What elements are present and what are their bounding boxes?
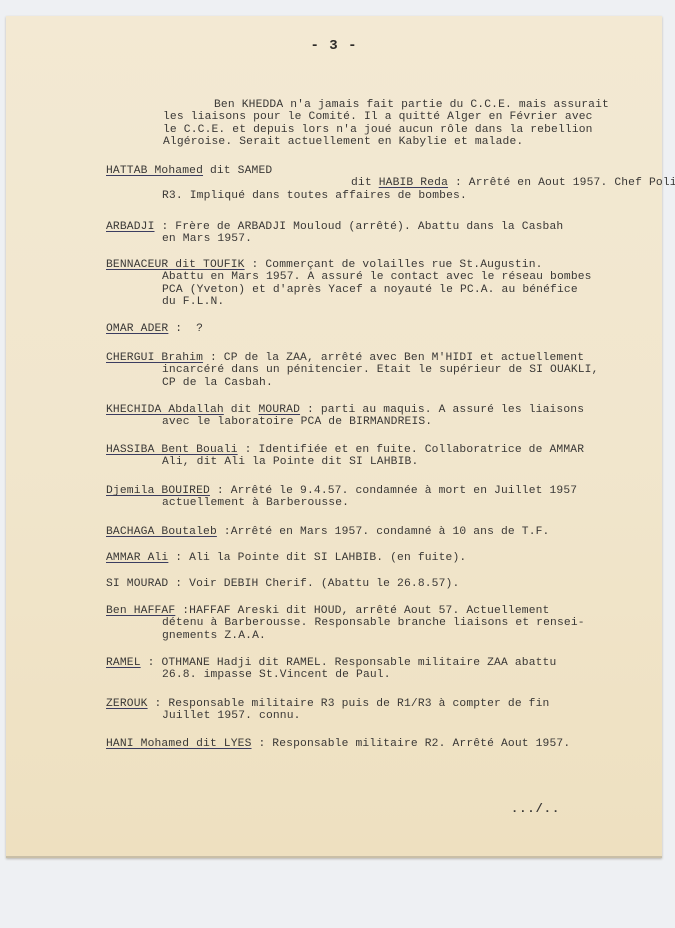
entry-zerouk: ZEROUK : Responsable militaire R3 puis d… [106, 698, 666, 723]
entry-hattab: HATTAB Mohamed dit SAMED dit HABIB Reda … [106, 165, 666, 202]
entry-name: HASSIBA Bent Bouali [106, 444, 238, 456]
entry-continuation: actuellement à Barberousse. [106, 497, 666, 509]
entry-description: : ? [168, 323, 203, 335]
entry-hani: HANI Mohamed dit LYES : Responsable mili… [106, 738, 666, 750]
intro-line: Algéroise. Serait actuellement en Kabyli… [106, 136, 666, 148]
entry-si-mourad: SI MOURAD : Voir DEBIH Cherif. (Abattu l… [106, 578, 666, 590]
entry-description: : OTHMANE Hadji dit RAMEL. Responsable m… [141, 657, 557, 669]
entry-djemila: Djemila BOUIRED : Arrêté le 9.4.57. cond… [106, 485, 666, 510]
entry-continuation: en Mars 1957. [106, 233, 666, 245]
entry-hassiba: HASSIBA Bent Bouali : Identifiée et en f… [106, 444, 666, 469]
entry-name: RAMEL [106, 657, 141, 669]
intro-line: Ben KHEDDA n'a jamais fait partie du C.C… [106, 99, 666, 111]
entry-description: : parti au maquis. A assuré les liaisons [300, 404, 584, 416]
entry-ben-haffaf: Ben HAFFAF :HAFFAF Areski dit HOUD, arrê… [106, 605, 666, 642]
entry-name: BENNACEUR dit TOUFIK [106, 259, 245, 271]
entry-description: : Frère de ARBADJI Mouloud (arrêté). Aba… [155, 221, 564, 233]
entry-name: Djemila BOUIRED [106, 485, 210, 497]
entry-description: :HAFFAF Areski dit HOUD, arrêté Aout 57.… [175, 605, 549, 617]
entry-name: OMAR ADER [106, 323, 168, 335]
entry-bennaceur: BENNACEUR dit TOUFIK : Commerçant de vol… [106, 259, 666, 309]
entry-continuation: avec le laboratoire PCA de BIRMANDREIS. [106, 416, 666, 428]
entry-continuation: R3. Impliqué dans toutes affaires de bom… [106, 190, 666, 202]
entry-bachaga: BACHAGA Boutaleb :Arrêté en Mars 1957. c… [106, 526, 666, 538]
entry-description: :Arrêté en Mars 1957. condamné à 10 ans … [217, 526, 550, 538]
entry-description: : Voir DEBIH Cherif. (Abattu le 26.8.57)… [168, 578, 459, 590]
entry-description: : Responsable militaire R3 puis de R1/R3… [148, 698, 550, 710]
entry-alias-name: HABIB Reda [379, 177, 448, 189]
entry-description: : CP de la ZAA, arrêté avec Ben M'HIDI e… [203, 352, 584, 364]
entry-ammar-ali: AMMAR Ali : Ali la Pointe dit SI LAHBIB.… [106, 552, 666, 564]
entry-omar-ader: OMAR ADER : ? [106, 323, 666, 335]
entry-name: AMMAR Ali [106, 552, 168, 564]
entry-name: HANI Mohamed dit LYES [106, 738, 252, 750]
entry-continuation: 26.8. impasse St.Vincent de Paul. [106, 669, 666, 681]
entry-description: : Commerçant de volailles rue St.Augusti… [245, 259, 543, 271]
entry-name: SI MOURAD [106, 578, 168, 590]
entry-name: ARBADJI [106, 221, 155, 233]
entry-description: : Arrêté en Aout 1957. Chef Politique [448, 177, 675, 189]
entry-continuation: Abattu en Mars 1957. A assuré le contact… [106, 271, 666, 283]
page-number: - 3 - [6, 38, 662, 54]
entry-name: CHERGUI Brahim [106, 352, 203, 364]
entry-chergui: CHERGUI Brahim : CP de la ZAA, arrêté av… [106, 352, 666, 389]
entry-continuation: du F.L.N. [106, 296, 666, 308]
intro-paragraph: Ben KHEDDA n'a jamais fait partie du C.C… [106, 99, 666, 149]
entry-continuation: gnements Z.A.A. [106, 630, 666, 642]
intro-line: les liaisons pour le Comité. Il a quitté… [106, 111, 666, 123]
entry-description: : Ali la Pointe dit SI LAHBIB. (en fuite… [168, 552, 466, 564]
entry-continuation: CP de la Casbah. [106, 377, 666, 389]
continuation-mark: .../.. [511, 802, 560, 816]
entry-name: KHECHIDA Abdallah [106, 404, 224, 416]
entry-continuation: incarcéré dans un pénitencier. Etait le … [106, 364, 666, 376]
entry-continuation: détenu à Barberousse. Responsable branch… [106, 617, 666, 629]
entry-name: HATTAB Mohamed [106, 165, 203, 177]
entry-description: : Identifiée et en fuite. Collaboratrice… [238, 444, 584, 456]
typewritten-page: - 3 - Ben KHEDDA n'a jamais fait partie … [6, 16, 662, 858]
entry-alias-name: MOURAD [258, 404, 300, 416]
entry-khechida: KHECHIDA Abdallah dit MOURAD : parti au … [106, 404, 666, 429]
entry-name: Ben HAFFAF [106, 605, 175, 617]
entry-description: : Responsable militaire R2. Arrêté Aout … [252, 738, 571, 750]
entry-continuation: Ali, dit Ali la Pointe dit SI LAHBIB. [106, 456, 666, 468]
entry-description: : Arrêté le 9.4.57. condamnée à mort en … [210, 485, 577, 497]
entry-name: ZEROUK [106, 698, 148, 710]
entry-ramel: RAMEL : OTHMANE Hadji dit RAMEL. Respons… [106, 657, 666, 682]
intro-line: le C.C.E. et depuis lors n'a joué aucun … [106, 124, 666, 136]
entry-continuation: Juillet 1957. connu. [106, 710, 666, 722]
entry-alias: dit SAMED [203, 165, 272, 177]
entry-continuation: PCA (Yveton) et d'après Yacef a noyauté … [106, 284, 666, 296]
entry-name: BACHAGA Boutaleb [106, 526, 217, 538]
entry-arbadji: ARBADJI : Frère de ARBADJI Mouloud (arrê… [106, 221, 666, 246]
